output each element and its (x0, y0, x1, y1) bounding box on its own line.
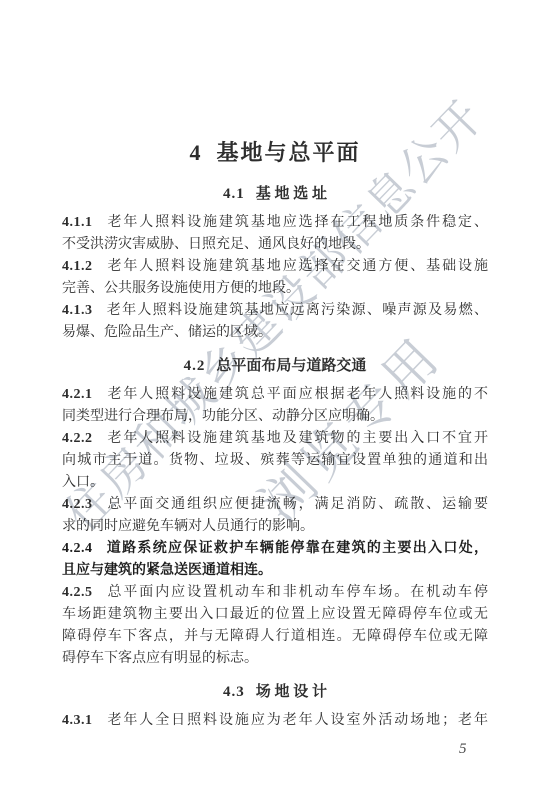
clause-line: 4.2.3总平面交通组织应便捷流畅，满足消防、疏散、运输要 (62, 494, 488, 516)
clause-4-1-3: 4.1.3老年人照料设施建筑基地应远离污染源、噪声源及易燃、 易爆、危险品生产、… (62, 300, 488, 344)
section-heading-4-3: 4.3场 地 设 计 (62, 682, 488, 702)
clause-line: 4.2.2老年人照料设施建筑基地及建筑物的主要出入口不宜开 (62, 428, 488, 450)
clause-4-2-2: 4.2.2老年人照料设施建筑基地及建筑物的主要出入口不宜开 向城市主干道。货物、… (62, 428, 488, 494)
clause-text: 老年人照料设施建筑总平面应根据老年人照料设施的不 (106, 387, 489, 402)
clause-text: 老年人照料设施建筑基地应远离污染源、噪声源及易燃、 (106, 303, 489, 318)
clause-line: 同类型进行合理布局，功能分区、动静分区应明确。 (62, 406, 488, 428)
clause-text: 总平面内应设置机动车和非机动车停车场。在机动车停 (106, 585, 489, 600)
clause-4-2-1: 4.2.1老年人照料设施建筑总平面应根据老年人照料设施的不 同类型进行合理布局，… (62, 384, 488, 428)
clause-line: 4.1.1老年人照料设施建筑基地应选择在工程地质条件稳定、 (62, 212, 488, 234)
clause-number: 4.2.5 (62, 585, 93, 600)
clause-line: 碍停车下客点应有明显的标志。 (62, 648, 488, 670)
clause-line: 且应与建筑的紧急送医通道相连。 (62, 560, 488, 582)
clause-4-2-4-mandatory: 4.2.4道路系统应保证救护车辆能停靠在建筑的主要出入口处， 且应与建筑的紧急送… (62, 538, 488, 582)
clause-line: 4.1.3老年人照料设施建筑基地应远离污染源、噪声源及易燃、 (62, 300, 488, 322)
clause-number: 4.2.3 (62, 497, 93, 512)
clause-number: 4.2.4 (62, 541, 93, 556)
chapter-number: 4 (189, 140, 200, 165)
page-number: 5 (459, 741, 467, 758)
chapter-title-text: 基地与总平面 (216, 140, 360, 165)
clause-4-2-5: 4.2.5总平面内应设置机动车和非机动车停车场。在机动车停 车场距建筑物主要出入… (62, 582, 488, 670)
clause-number: 4.1.1 (62, 215, 93, 230)
clause-line: 车场距建筑物主要出入口最近的位置上应设置无障碍停车位或无 (62, 604, 488, 626)
section-heading-4-2: 4.2总平面布局与道路交通 (62, 356, 488, 376)
clause-number: 4.1.2 (62, 259, 93, 274)
clause-line: 4.1.2老年人照料设施建筑基地应选择在交通方便、基础设施 (62, 256, 488, 278)
clause-text: 老年人照料设施建筑基地应选择在交通方便、基础设施 (106, 259, 489, 274)
section-4-1-body: 4.1.1老年人照料设施建筑基地应选择在工程地质条件稳定、 不受洪涝灾害威胁、日… (62, 212, 488, 344)
document-page: 住房和城乡建设部信息公开 浏览专用 4基地与总平面 4.1基 地 选 址 4.1… (0, 0, 550, 796)
clause-line: 完善、公共服务设施使用方便的地段。 (62, 278, 488, 300)
clause-line: 障碍停车下客点，并与无障碍人行道相连。无障碍停车位或无障 (62, 626, 488, 648)
clause-4-1-2: 4.1.2老年人照料设施建筑基地应选择在交通方便、基础设施 完善、公共服务设施使… (62, 256, 488, 300)
clause-number: 4.3.1 (62, 713, 93, 728)
section-title-text: 总平面布局与道路交通 (216, 358, 366, 374)
clause-line: 4.2.4道路系统应保证救护车辆能停靠在建筑的主要出入口处， (62, 538, 488, 560)
clause-4-2-3: 4.2.3总平面交通组织应便捷流畅，满足消防、疏散、运输要 求的同时应避免车辆对… (62, 494, 488, 538)
clause-line: 4.2.5总平面内应设置机动车和非机动车停车场。在机动车停 (62, 582, 488, 604)
clause-4-1-1: 4.1.1老年人照料设施建筑基地应选择在工程地质条件稳定、 不受洪涝灾害威胁、日… (62, 212, 488, 256)
clause-text: 道路系统应保证救护车辆能停靠在建筑的主要出入口处， (106, 541, 489, 556)
clause-text: 老年人全日照料设施应为老年人设室外活动场地；老年 (106, 713, 489, 728)
clause-text: 老年人照料设施建筑基地应选择在工程地质条件稳定、 (106, 215, 489, 230)
section-title-text: 场 地 设 计 (256, 684, 327, 700)
clause-line: 向城市主干道。货物、垃圾、殡葬等运输宜设置单独的通道和出 (62, 450, 488, 472)
section-number: 4.1 (223, 186, 245, 202)
clause-line: 不受洪涝灾害威胁、日照充足、通风良好的地段。 (62, 234, 488, 256)
clause-text: 总平面交通组织应便捷流畅，满足消防、疏散、运输要 (106, 497, 489, 512)
clause-number: 4.2.1 (62, 387, 93, 402)
clause-line: 入口。 (62, 472, 488, 494)
clause-4-3-1: 4.3.1老年人全日照料设施应为老年人设室外活动场地；老年 (62, 710, 488, 732)
clause-line: 4.2.1老年人照料设施建筑总平面应根据老年人照料设施的不 (62, 384, 488, 406)
section-number: 4.3 (223, 684, 245, 700)
text-column: 4基地与总平面 4.1基 地 选 址 4.1.1老年人照料设施建筑基地应选择在工… (62, 0, 488, 732)
section-number: 4.2 (184, 358, 206, 374)
clause-line: 易爆、危险品生产、储运的区域。 (62, 322, 488, 344)
section-4-3-body: 4.3.1老年人全日照料设施应为老年人设室外活动场地；老年 (62, 710, 488, 732)
clause-line: 4.3.1老年人全日照料设施应为老年人设室外活动场地；老年 (62, 710, 488, 732)
clause-text: 老年人照料设施建筑基地及建筑物的主要出入口不宜开 (106, 431, 489, 446)
section-heading-4-1: 4.1基 地 选 址 (62, 184, 488, 204)
clause-line: 求的同时应避免车辆对人员通行的影响。 (62, 516, 488, 538)
clause-number: 4.2.2 (62, 431, 93, 446)
chapter-title: 4基地与总平面 (62, 140, 488, 166)
section-title-text: 基 地 选 址 (256, 186, 327, 202)
section-4-2-body: 4.2.1老年人照料设施建筑总平面应根据老年人照料设施的不 同类型进行合理布局，… (62, 384, 488, 670)
clause-number: 4.1.3 (62, 303, 93, 318)
